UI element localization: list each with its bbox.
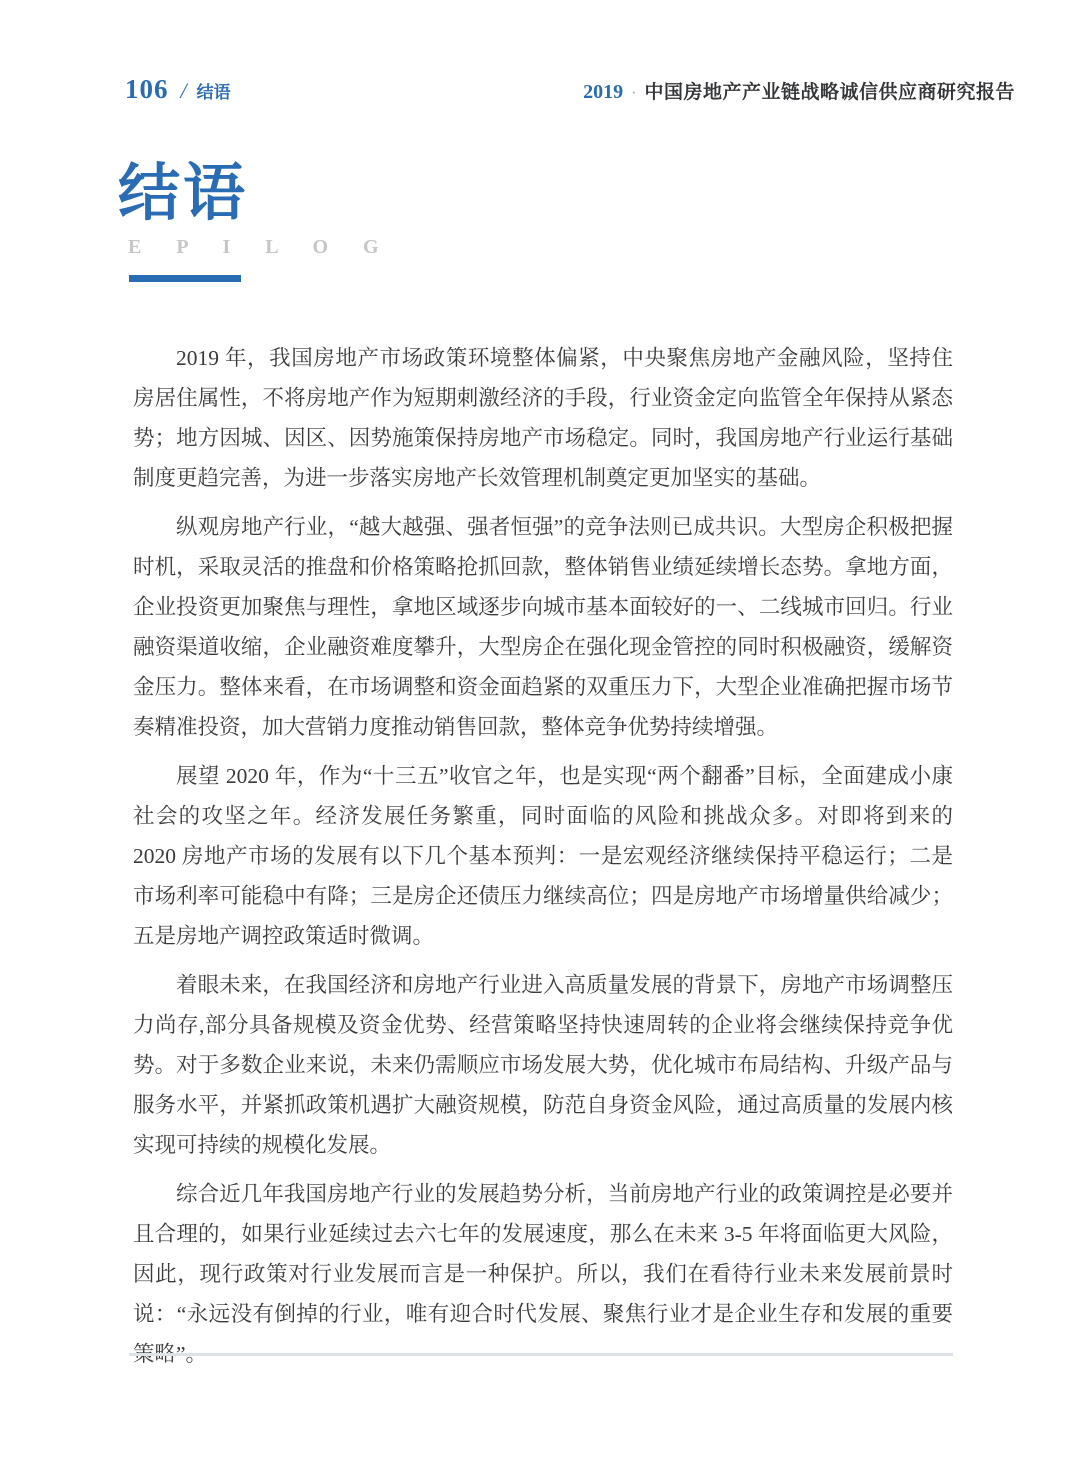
body-paragraph: 纵观房地产行业，“越大越强、强者恒强”的竞争法则已成共识。大型房企积极把握时机，… bbox=[133, 507, 953, 747]
page-subtitle: E P I L O G bbox=[128, 236, 394, 259]
body-paragraph: 展望 2020 年，作为“十三五”收官之年，也是实现“两个翻番”目标，全面建成小… bbox=[133, 756, 953, 956]
running-header: 106 / 结语 2019 · 中国房地产产业链战略诚信供应商研究报告 bbox=[125, 74, 1015, 105]
body-paragraph: 着眼未来，在我国经济和房地产行业进入高质量发展的背景下，房地产市场调整压力尚存,… bbox=[133, 965, 953, 1165]
body-paragraph: 综合近几年我国房地产行业的发展趋势分析，当前房地产行业的政策调控是必要并且合理的… bbox=[133, 1174, 953, 1374]
header-year: 2019 bbox=[583, 81, 623, 104]
title-accent-bar bbox=[129, 275, 241, 282]
header-separator: / bbox=[181, 78, 187, 104]
header-left: 106 / 结语 bbox=[125, 74, 231, 105]
report-title: 中国房地产产业链战略诚信供应商研究报告 bbox=[644, 77, 1015, 104]
body-paragraph: 2019 年，我国房地产市场政策环境整体偏紧，中央聚焦房地产金融风险，坚持住房居… bbox=[133, 338, 953, 498]
page-title: 结语 bbox=[118, 160, 394, 228]
header-right: 2019 · 中国房地产产业链战略诚信供应商研究报告 bbox=[583, 77, 1015, 104]
header-dot-separator: · bbox=[631, 85, 636, 103]
body-text: 2019 年，我国房地产市场政策环境整体偏紧，中央聚焦房地产金融风险，坚持住房居… bbox=[133, 338, 953, 1383]
chapter-title-block: 结语 E P I L O G bbox=[118, 160, 394, 282]
bottom-divider bbox=[129, 1353, 953, 1356]
header-section-label: 结语 bbox=[197, 78, 231, 103]
page-number: 106 bbox=[125, 74, 169, 105]
